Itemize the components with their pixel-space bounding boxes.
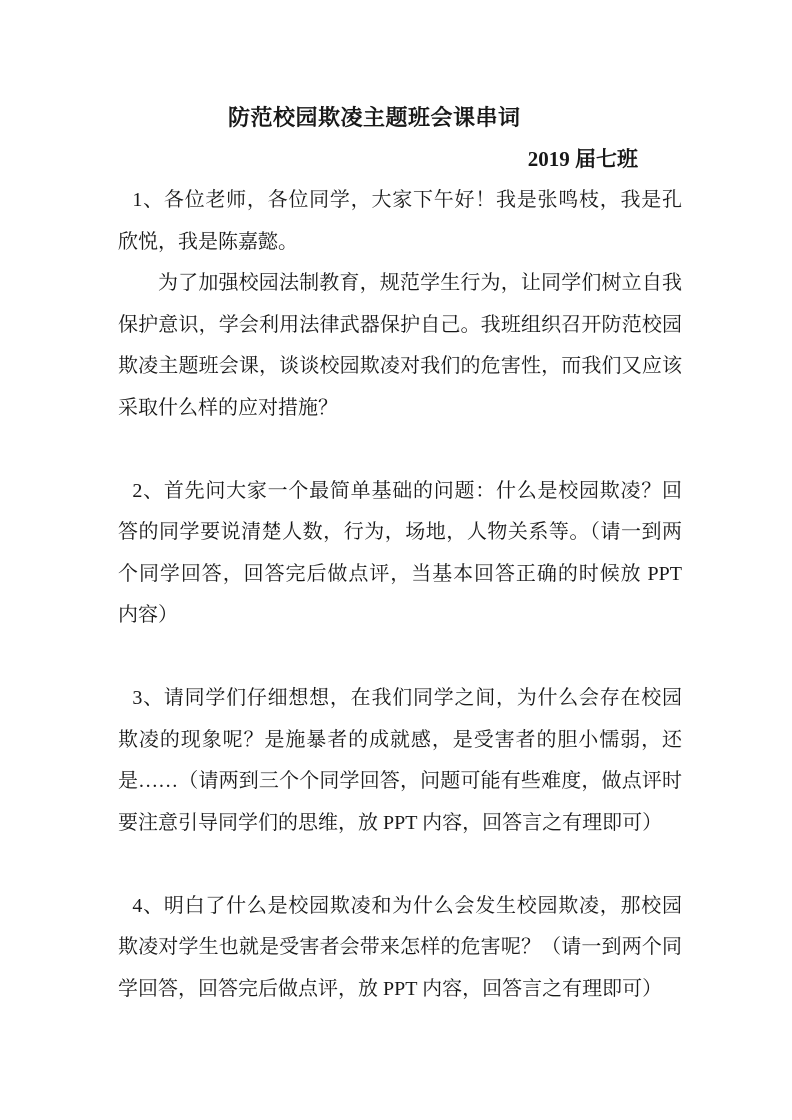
document-page: 防范校园欺凌主题班会课串词 2019 届七班 1、各位老师，各位同学，大家下午好… xyxy=(0,0,792,1120)
paragraph-question-4: 4、明白了什么是校园欺凌和为什么会发生校园欺凌，那校园欺凌对学生也就是受害者会带… xyxy=(118,886,682,1011)
paragraph-question-2: 2、首先问大家一个最简单基础的问题：什么是校园欺凌？回答的同学要说清楚人数，行为… xyxy=(118,471,682,637)
paragraph-purpose: 为了加强校园法制教育，规范学生行为，让同学们树立自我保护意识，学会利用法律武器保… xyxy=(118,263,682,429)
document-title: 防范校园欺凌主题班会课串词 xyxy=(118,97,682,139)
paragraph-intro: 1、各位老师，各位同学，大家下午好！我是张鸣枝，我是孔欣悦，我是陈嘉懿。 xyxy=(118,180,682,263)
paragraph-question-3: 3、请同学们仔细想想，在我们同学之间，为什么会存在校园欺凌的现象呢？是施暴者的成… xyxy=(118,678,682,844)
document-content: 防范校园欺凌主题班会课串词 2019 届七班 1、各位老师，各位同学，大家下午好… xyxy=(118,97,682,1010)
document-byline: 2019 届七班 xyxy=(118,139,682,181)
